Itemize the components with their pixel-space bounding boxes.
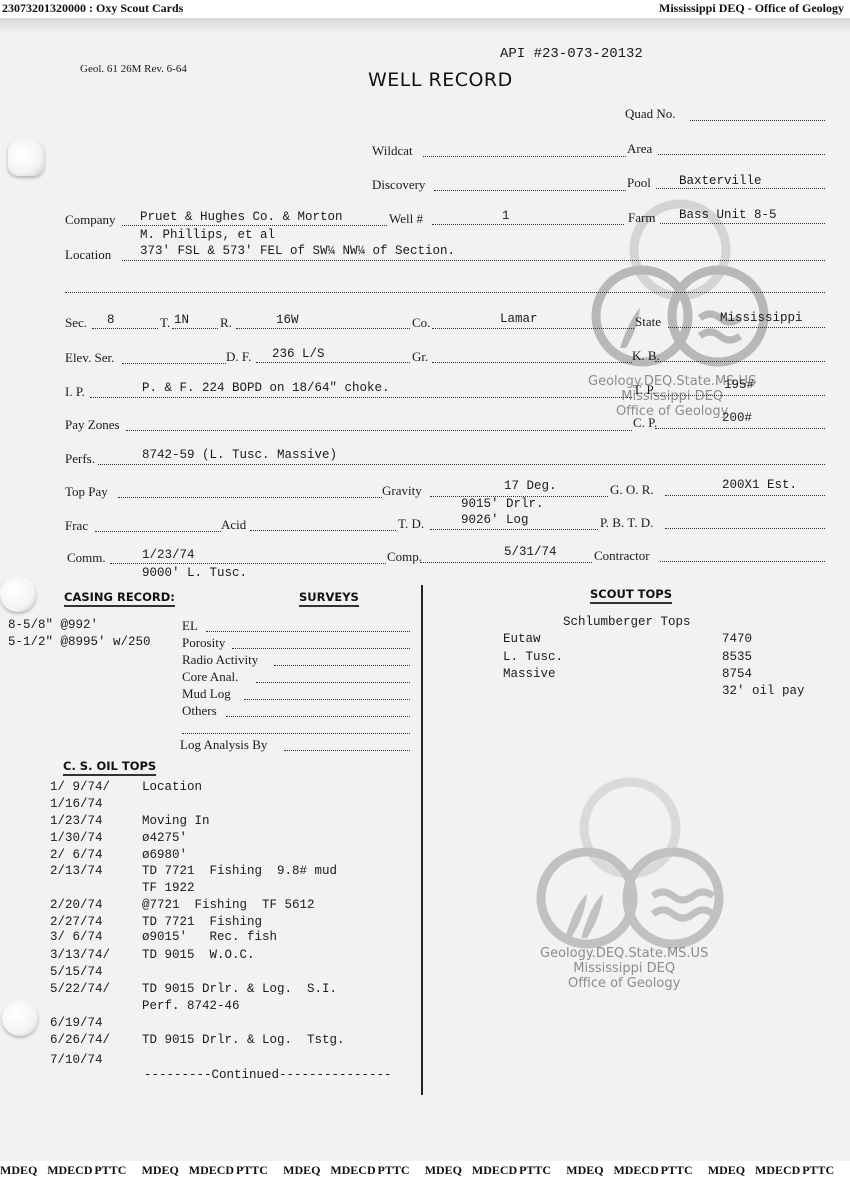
log-date: 2/27/74 — [50, 915, 103, 929]
co-value: Lamar — [500, 312, 538, 326]
survey-porosity-label: Porosity — [182, 635, 225, 651]
survey-el-label: EL — [182, 618, 198, 634]
quad-no-label: Quad No. — [625, 106, 676, 122]
gor-label: G. O. R. — [610, 482, 654, 498]
kb-field[interactable] — [655, 361, 825, 362]
log-analysis-by-label: Log Analysis By — [180, 737, 267, 753]
well-field[interactable] — [432, 224, 624, 225]
log-note: ø4275' — [142, 831, 187, 845]
log-date: 3/ 6/74 — [50, 930, 103, 944]
log-analysis-by-field[interactable] — [284, 750, 410, 751]
column-divider — [421, 585, 423, 1095]
td-label: T. D. — [398, 516, 424, 532]
gr-field[interactable] — [432, 362, 632, 363]
mdeq-logo-watermark-icon — [525, 758, 735, 958]
log-note: TD 9015 Drlr. & Log. S.I. — [142, 982, 337, 996]
log-note: TD 9015 Drlr. & Log. Tstg. — [142, 1033, 345, 1047]
state-field[interactable] — [668, 327, 825, 328]
log-note: ø6980' — [142, 848, 187, 862]
wildcat-label: Wildcat — [372, 143, 413, 159]
punch-hole-icon — [2, 1000, 38, 1036]
comp-field[interactable] — [420, 562, 592, 563]
comp-label: Comp. — [387, 549, 422, 565]
pool-field[interactable] — [656, 188, 825, 189]
gor-field[interactable] — [665, 495, 825, 496]
log-note: Moving In — [142, 814, 210, 828]
survey-core-anal-label: Core Anal. — [182, 669, 238, 685]
casing-row: 5-1/2" @8995' w/250 — [8, 635, 151, 649]
discovery-field[interactable] — [434, 190, 626, 191]
sec-label: Sec. — [65, 315, 87, 331]
t-field[interactable] — [172, 328, 218, 329]
survey-radio-activity-label: Radio Activity — [182, 652, 258, 668]
ip-label: I. P. — [65, 384, 85, 400]
contractor-label: Contractor — [594, 548, 650, 564]
location-label: Location — [65, 247, 111, 263]
log-note: TF 1922 — [142, 881, 195, 895]
r-value: 16W — [276, 313, 299, 327]
casing-record-heading: CASING RECORD: — [64, 590, 175, 607]
log-date: 7/10/74 — [50, 1053, 103, 1067]
area-field[interactable] — [658, 154, 825, 155]
cp-value: 200# — [722, 411, 752, 425]
td-field[interactable] — [430, 529, 598, 530]
r-label: R. — [220, 315, 232, 331]
log-note: Location — [142, 780, 202, 794]
cp-label: C. P. — [633, 415, 657, 431]
log-note: Perf. 8742-46 — [142, 999, 240, 1013]
log-date: 1/23/74 — [50, 814, 103, 828]
survey-others-field[interactable] — [226, 716, 410, 717]
pool-value: Baxterville — [679, 174, 762, 188]
df-field[interactable] — [256, 362, 410, 363]
discovery-label: Discovery — [372, 177, 425, 193]
farm-label: Farm — [628, 210, 655, 226]
survey-mud-log-label: Mud Log — [182, 686, 231, 702]
perfs-value: 8742-59 (L. Tusc. Massive) — [142, 448, 337, 462]
location-field-line2[interactable] — [65, 292, 825, 293]
farm-value: Bass Unit 8-5 — [679, 208, 777, 222]
footer-agency-strip: MDEQ MDECD PTTC MDEQ MDECD PTTC MDEQ MDE… — [0, 1163, 850, 1183]
top-pay-field[interactable] — [118, 497, 382, 498]
acid-label: Acid — [221, 517, 246, 533]
ip-field[interactable] — [90, 397, 632, 398]
document-id-title: 23073201320000 : Oxy Scout Cards — [2, 1, 183, 16]
pool-label: Pool — [627, 175, 651, 191]
top-pay-label: Top Pay — [65, 484, 108, 500]
company-label: Company — [65, 212, 116, 228]
survey-el-field[interactable] — [206, 631, 410, 632]
survey-others-label: Others — [182, 703, 217, 719]
comm-value-line2: 9000' L. Tusc. — [142, 566, 247, 580]
scout-top-depth: 8754 — [722, 667, 752, 681]
cp-field[interactable] — [655, 428, 825, 429]
elev-ser-label: Elev. Ser. — [65, 350, 114, 366]
acid-field[interactable] — [250, 530, 396, 531]
td-value-line2: 9026' Log — [461, 513, 529, 527]
sec-value: 8 — [107, 313, 115, 327]
log-date: 1/ 9/74/ — [50, 780, 110, 794]
agency-title: Mississippi DEQ - Office of Geology — [659, 1, 844, 16]
t-label: T. — [160, 315, 170, 331]
log-date: 6/26/74/ — [50, 1033, 110, 1047]
well-value: 1 — [502, 209, 510, 223]
state-label: State — [635, 314, 661, 330]
page-title: WELL RECORD — [368, 69, 513, 91]
log-date: 6/19/74 — [50, 1016, 103, 1030]
api-number: API #23-073-20132 — [500, 46, 643, 62]
comm-value: 1/23/74 — [142, 548, 195, 562]
punch-hole-icon — [8, 140, 44, 176]
document-header: 23073201320000 : Oxy Scout Cards Mississ… — [0, 0, 850, 18]
pbtd-field[interactable] — [665, 528, 825, 529]
state-value: Mississippi — [720, 311, 803, 325]
elev-ser-field[interactable] — [122, 363, 226, 364]
log-note: TD 9015 W.O.C. — [142, 948, 255, 962]
location-value: 373' FSL & 573' FEL of SW¼ NW¼ of Sectio… — [140, 244, 455, 258]
punch-hole-icon — [0, 576, 36, 612]
scout-top-depth: 32' oil pay — [722, 684, 805, 698]
pay-zones-field[interactable] — [126, 430, 632, 431]
df-label: D. F. — [226, 349, 251, 365]
scout-tops-heading: SCOUT TOPS — [590, 587, 672, 604]
area-label: Area — [627, 141, 652, 157]
td-value-line1: 9015' Drlr. — [461, 497, 544, 511]
comm-field[interactable] — [110, 563, 386, 564]
frac-label: Frac — [65, 518, 88, 534]
casing-row: 8-5/8" @992' — [8, 618, 98, 632]
df-value: 236 L/S — [272, 347, 325, 361]
survey-blank-field[interactable] — [182, 733, 410, 734]
tp-value: 195# — [724, 378, 754, 392]
log-note: ø9015' Rec. fish — [142, 930, 277, 944]
contractor-field[interactable] — [660, 561, 825, 562]
pay-zones-label: Pay Zones — [65, 417, 120, 433]
co-label: Co. — [412, 315, 430, 331]
surveys-heading: SURVEYS — [299, 590, 359, 607]
log-date: 3/13/74/ — [50, 948, 110, 962]
well-label: Well # — [389, 211, 423, 227]
company-value: Pruet & Hughes Co. & Morton — [140, 210, 343, 224]
survey-mud-log-field[interactable] — [244, 699, 410, 700]
form-number: Geol. 61 26M Rev. 6-64 — [80, 63, 187, 75]
log-date: 5/15/74 — [50, 965, 103, 979]
survey-radio-activity-field[interactable] — [274, 665, 410, 666]
t-value: 1N — [174, 313, 189, 327]
location-field[interactable] — [122, 260, 825, 261]
quad-no-field[interactable] — [690, 120, 825, 121]
log-note: TD 7721 Fishing — [142, 915, 262, 929]
company-value-line2: M. Phillips, et al — [140, 228, 275, 242]
perfs-label: Perfs. — [65, 451, 95, 467]
scout-top-depth: 7470 — [722, 632, 752, 646]
log-date: 2/20/74 — [50, 898, 103, 912]
farm-field[interactable] — [660, 223, 825, 224]
log-date: 2/ 6/74 — [50, 848, 103, 862]
wildcat-field[interactable] — [423, 156, 626, 157]
continued-marker: ---------Continued--------------- — [144, 1068, 392, 1082]
scout-top-name: Massive — [503, 667, 556, 681]
gravity-label: Gravity — [382, 483, 422, 499]
log-date: 1/30/74 — [50, 831, 103, 845]
frac-field[interactable] — [95, 531, 221, 532]
log-note: @7721 Fishing TF 5612 — [142, 898, 315, 912]
log-date: 1/16/74 — [50, 797, 103, 811]
survey-core-anal-field[interactable] — [256, 682, 410, 683]
comp-value: 5/31/74 — [504, 545, 557, 559]
tp-field[interactable] — [655, 395, 825, 396]
log-date: 5/22/74/ — [50, 982, 110, 996]
r-field[interactable] — [236, 328, 410, 329]
perfs-field[interactable] — [98, 464, 825, 465]
comm-label: Comm. — [67, 550, 106, 566]
pbtd-label: P. B. T. D. — [600, 515, 653, 531]
watermark-text: Geology.DEQ.State.MS.US Mississippi DEQ … — [540, 946, 708, 991]
cs-oil-tops-heading: C. S. OIL TOPS — [63, 759, 156, 776]
scout-top-name: L. Tusc. — [503, 650, 563, 664]
survey-porosity-field[interactable] — [232, 648, 410, 649]
sec-field[interactable] — [92, 328, 158, 329]
scout-top-depth: 8535 — [722, 650, 752, 664]
gr-label: Gr. — [412, 349, 428, 365]
log-date: 2/13/74 — [50, 864, 103, 878]
scout-top-name: Eutaw — [503, 632, 541, 646]
log-note: TD 7721 Fishing 9.8# mud — [142, 864, 337, 878]
company-field[interactable] — [122, 225, 387, 226]
tp-label: T. P. — [633, 382, 656, 398]
gor-value: 200X1 Est. — [722, 478, 797, 492]
gravity-value: 17 Deg. — [504, 479, 557, 493]
co-field[interactable] — [432, 328, 634, 329]
scout-tops-subheading: Schlumberger Tops — [563, 615, 691, 629]
ip-value: P. & F. 224 BOPD on 18/64" choke. — [142, 381, 390, 395]
